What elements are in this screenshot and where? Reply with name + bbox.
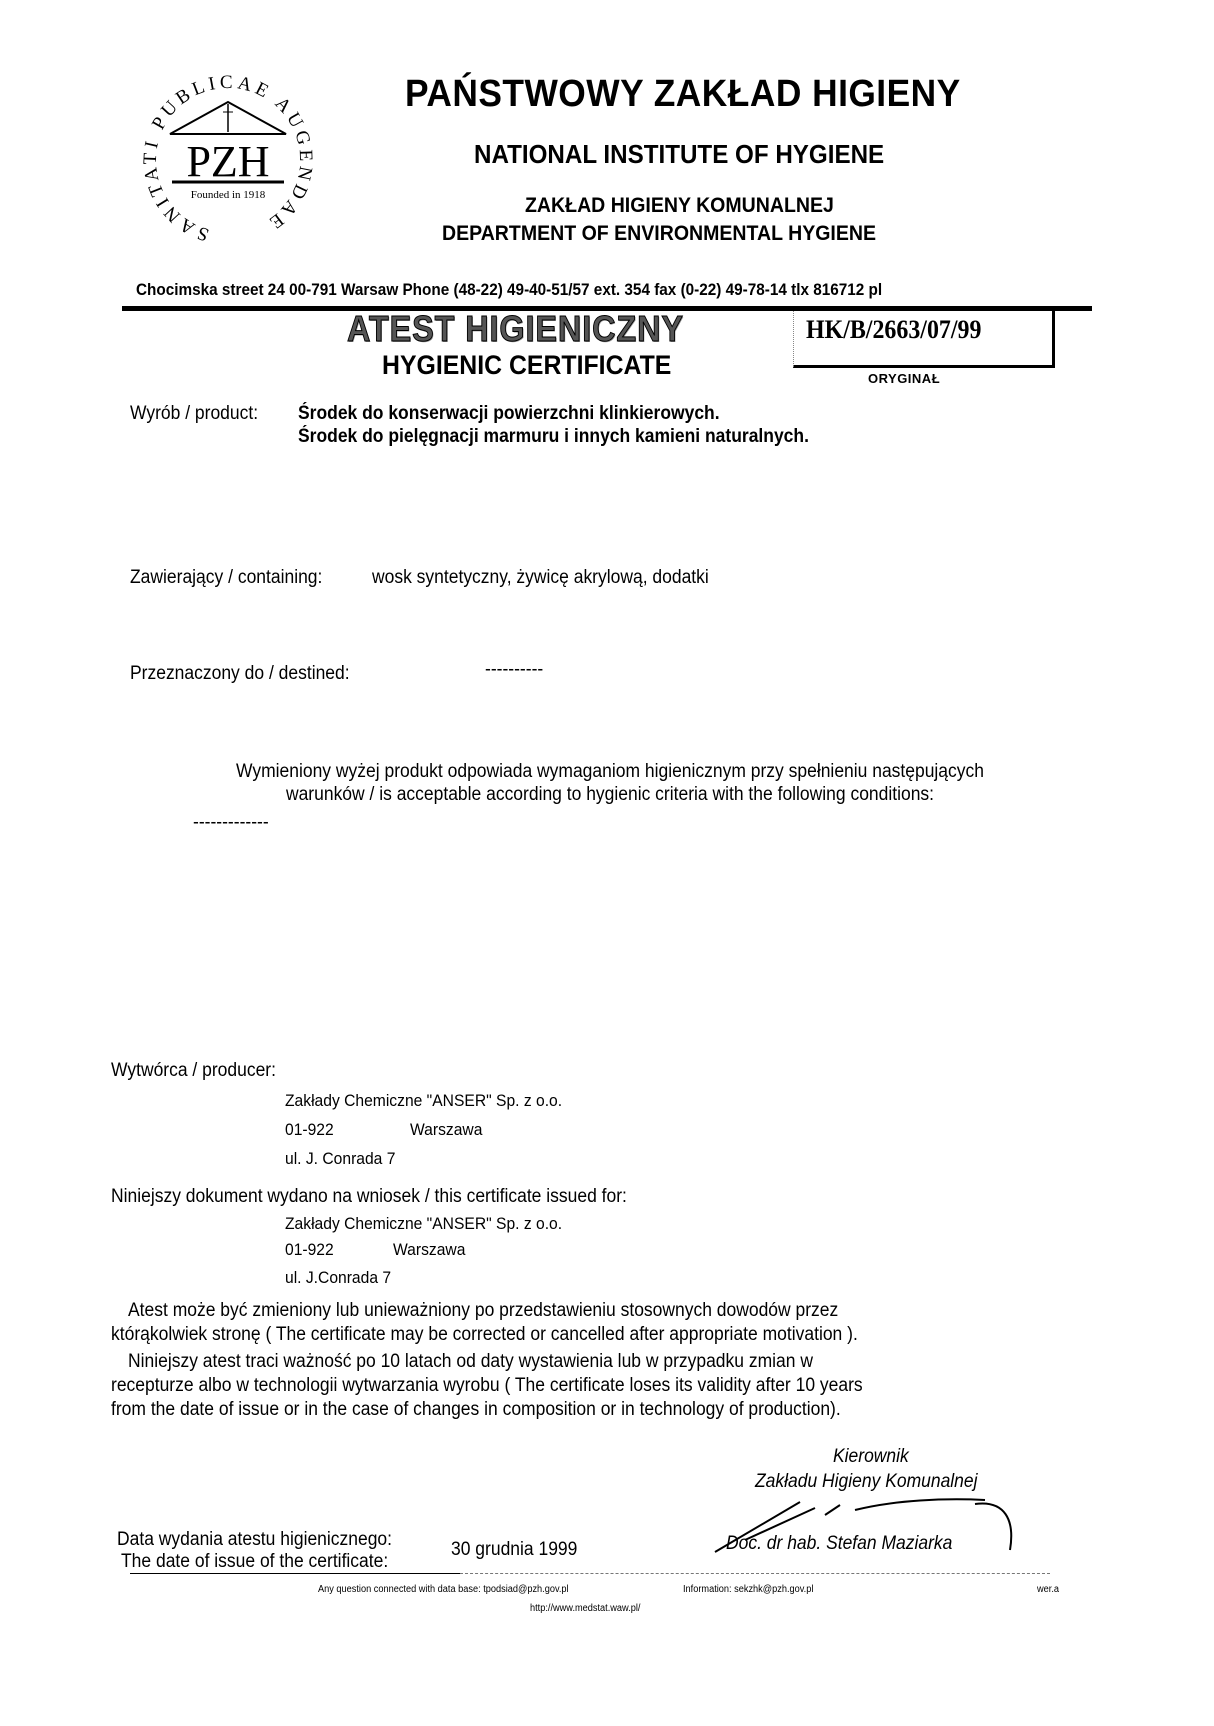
copy-type-label: ORYGINAŁ	[868, 371, 940, 386]
footer-divider-dashed	[460, 1573, 1050, 1574]
issued-for-name: Zakłady Chemiczne "ANSER" Sp. z o.o.	[285, 1214, 562, 1234]
destined-value: ----------	[485, 659, 543, 681]
certificate-title: ATEST HIGIENICZNY	[347, 308, 684, 350]
validity-note-2-line-2: recepturze albo w technologii wytwarzani…	[111, 1375, 863, 1397]
certificate-title-en: HYGIENIC CERTIFICATE	[382, 350, 671, 381]
department-pl: ZAKŁAD HIGIENY KOMUNALNEJ	[525, 194, 834, 218]
issued-for-postcode: 01-922	[285, 1240, 334, 1260]
destined-label: Przeznaczony do / destined:	[130, 663, 350, 685]
acceptance-line-2: warunków / is acceptable according to hy…	[104, 784, 1116, 806]
product-label: Wyrób / product:	[130, 403, 258, 425]
institute-address: Chocimska street 24 00-791 Warsaw Phone …	[136, 280, 882, 300]
product-line-1: Środek do konserwacji powierzchni klinki…	[298, 403, 720, 425]
department-en: DEPARTMENT OF ENVIRONMENTAL HYGIENE	[442, 222, 876, 246]
product-line-2: Środek do pielęgnacji marmuru i innych k…	[298, 426, 809, 448]
footer-url[interactable]: http://www.medstat.waw.pl/	[530, 1603, 640, 1614]
acceptance-line-1: Wymieniony wyżej produkt odpowiada wymag…	[104, 761, 1116, 783]
pzh-seal-icon: SANITATI PUBLICAE AUGENDAE PZH Founded i…	[128, 72, 328, 252]
issued-for-city: Warszawa	[393, 1240, 465, 1260]
validity-note-1-line-1: Atest może być zmieniony lub unieważnion…	[128, 1300, 838, 1322]
institute-title-en: NATIONAL INSTITUTE OF HYGIENE	[474, 139, 884, 170]
issued-for-label: Niniejszy dokument wydano na wniosek / t…	[111, 1186, 627, 1208]
issued-for-street: ul. J.Conrada 7	[285, 1268, 391, 1288]
producer-label: Wytwórca / producer:	[111, 1060, 276, 1082]
footer-info-contact: Information: sekzhk@pzh.gov.pl	[683, 1584, 813, 1595]
footer-divider	[130, 1573, 460, 1574]
certificate-number-box: HK/B/2663/07/99	[793, 311, 1055, 368]
footer-database-contact: Any question connected with data base: t…	[318, 1584, 569, 1595]
producer-street: ul. J. Conrada 7	[285, 1149, 395, 1169]
svg-text:PZH: PZH	[186, 137, 269, 186]
containing-label: Zawierający / containing:	[130, 567, 322, 589]
acceptance-conditions: -------------	[193, 812, 269, 834]
issue-date-value: 30 grudnia 1999	[451, 1539, 577, 1561]
producer-city: Warszawa	[410, 1120, 482, 1140]
institute-title: PAŃSTWOWY ZAKŁAD HIGIENY	[405, 73, 961, 116]
pzh-logo: SANITATI PUBLICAE AUGENDAE PZH Founded i…	[128, 72, 328, 252]
producer-name: Zakłady Chemiczne "ANSER" Sp. z o.o.	[285, 1091, 562, 1111]
validity-note-1-line-2: którąkolwiek stronę ( The certificate ma…	[111, 1324, 858, 1346]
footer-version: wer.a	[1037, 1584, 1059, 1595]
producer-postcode: 01-922	[285, 1120, 334, 1140]
svg-text:Founded in 1918: Founded in 1918	[191, 189, 266, 201]
signature-name: Doc. dr hab. Stefan Maziarka	[726, 1533, 952, 1555]
issue-date-label-en: The date of issue of the certificate:	[121, 1551, 388, 1573]
issue-date-label-pl: Data wydania atestu higienicznego:	[117, 1529, 392, 1551]
validity-note-2-line-1: Niniejszy atest traci ważność po 10 lata…	[128, 1351, 813, 1373]
validity-note-2-line-3: from the date of issue or in the case of…	[111, 1399, 841, 1421]
containing-value: wosk syntetyczny, żywicę akrylową, dodat…	[372, 567, 709, 589]
signature-role: Kierownik	[833, 1446, 909, 1468]
certificate-number: HK/B/2663/07/99	[806, 315, 981, 345]
